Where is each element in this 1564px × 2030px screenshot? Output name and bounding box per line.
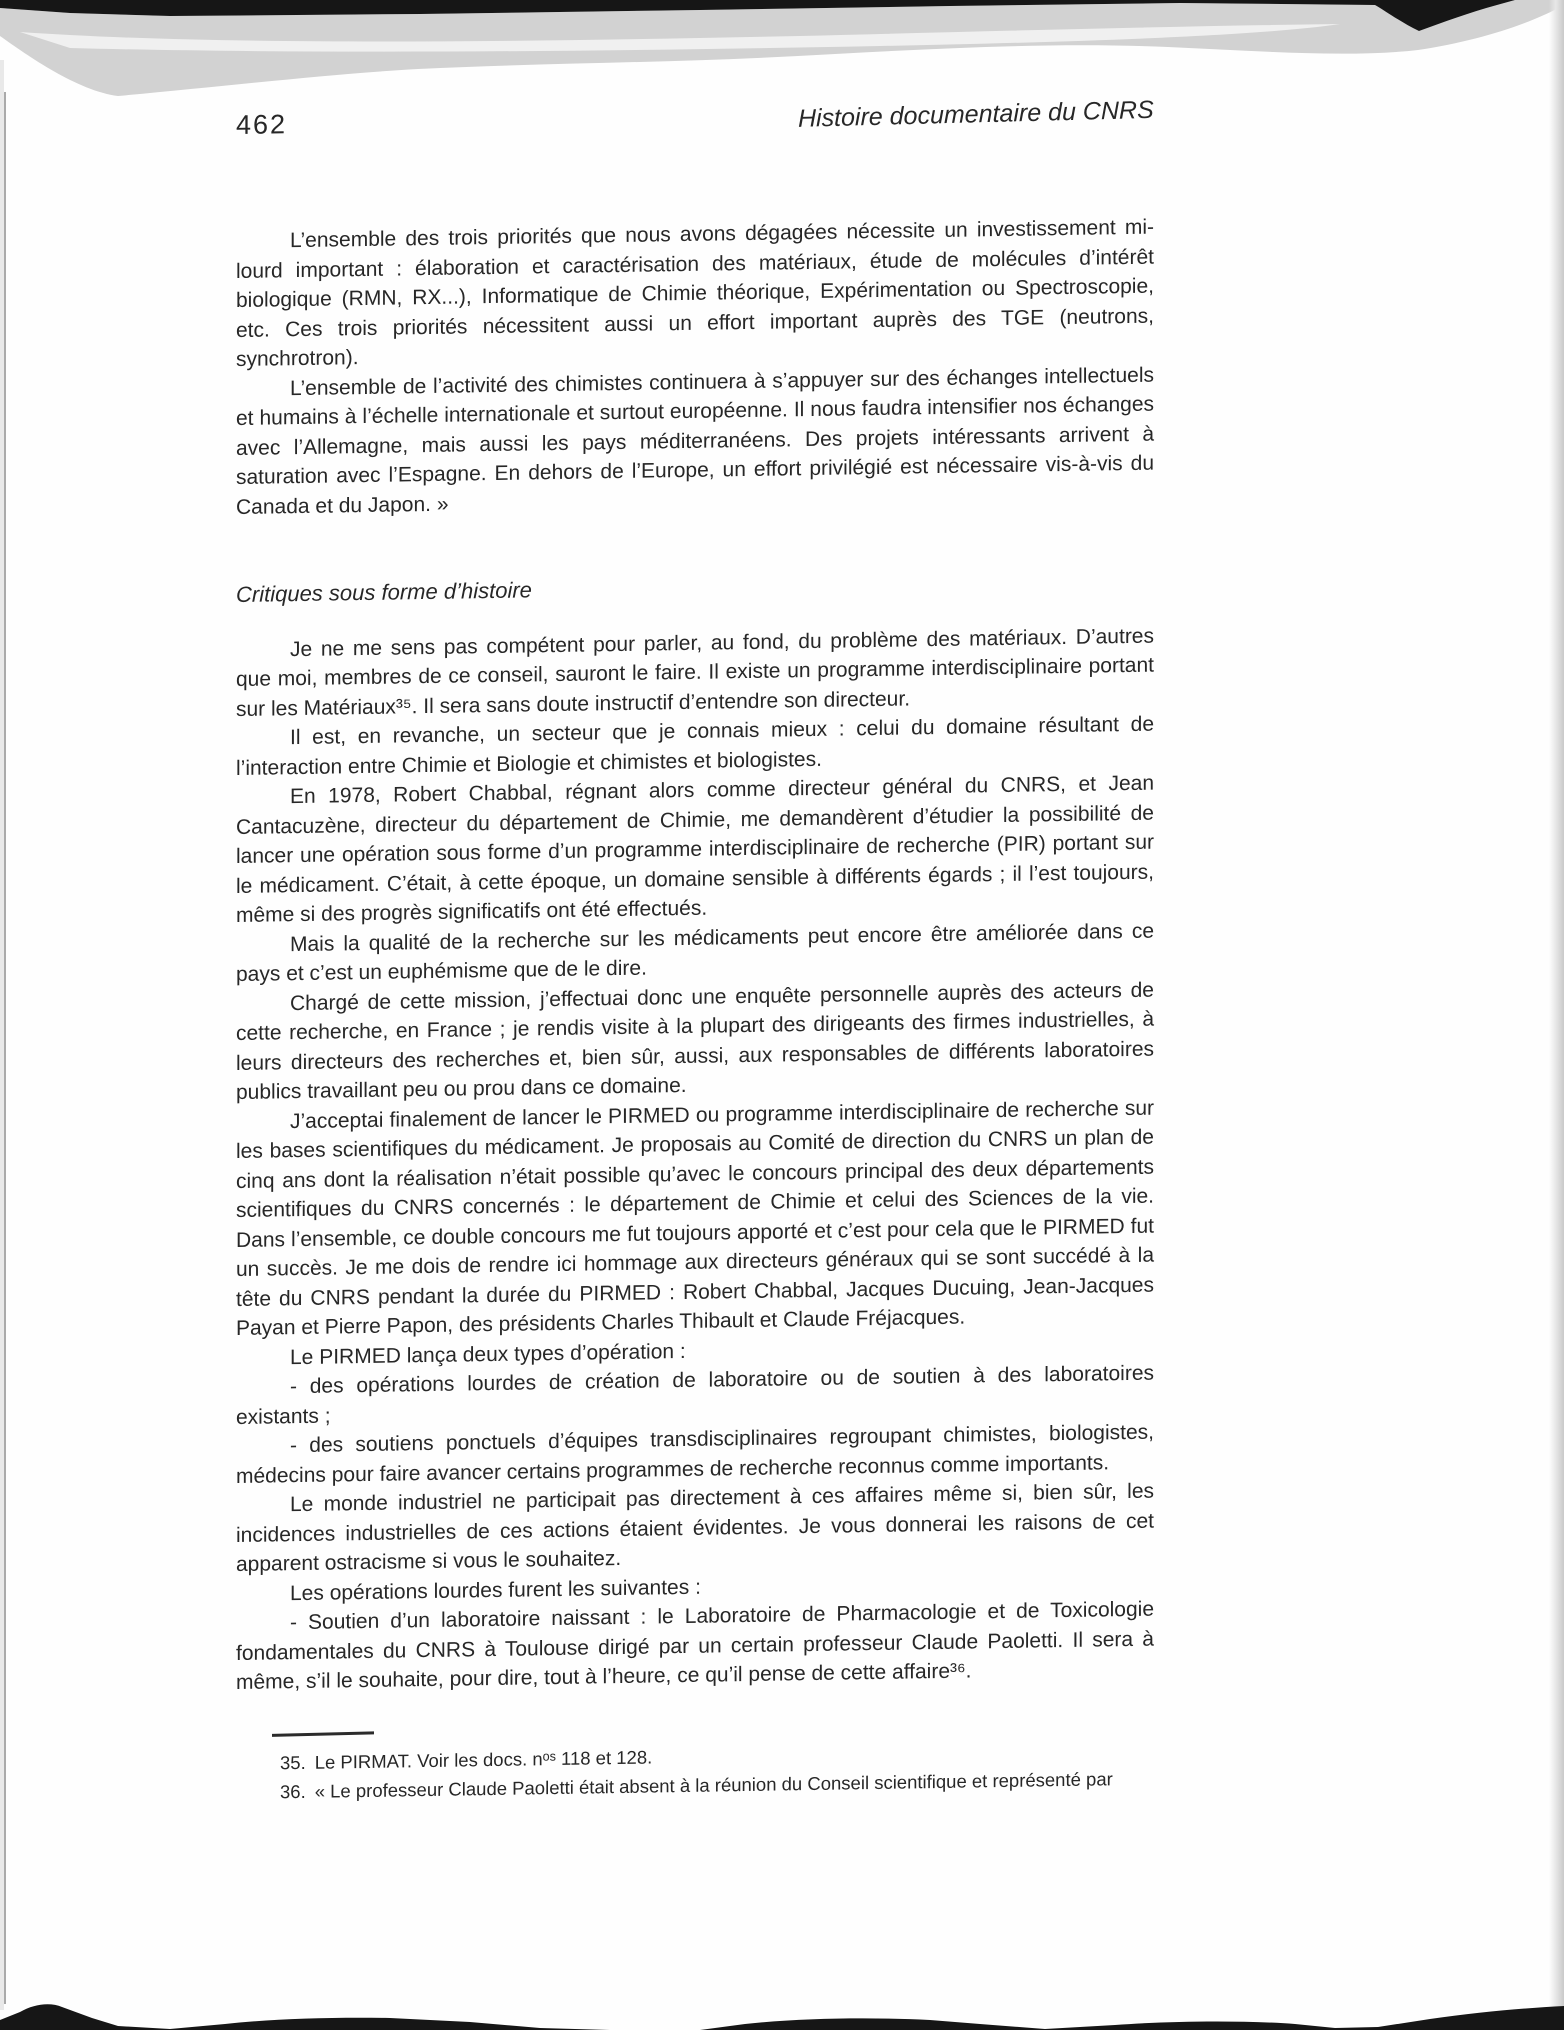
running-title: Histoire documentaire du CNRS (798, 96, 1154, 134)
paragraph: Le monde industriel ne participait pas d… (236, 1477, 1154, 1580)
footnote-list: 35.Le PIRMAT. Voir les docs. nᵒˢ 118 et … (236, 1734, 1154, 1806)
footnote-separator-rule (272, 1731, 374, 1736)
paragraph: J’acceptai finalement de lancer le PIRME… (236, 1093, 1154, 1343)
paragraph: Je ne me sens pas compétent pour parler,… (236, 621, 1154, 724)
page-content: 462 Histoire documentaire du CNRS L’ense… (236, 96, 1154, 1807)
scanned-book-page: 462 Histoire documentaire du CNRS L’ense… (0, 0, 1564, 2030)
footnotes: 35.Le PIRMAT. Voir les docs. nᵒˢ 118 et … (236, 1719, 1154, 1806)
scan-left-page-edge (4, 92, 6, 2004)
paragraph: L’ensemble des trois priorités que nous … (236, 213, 1154, 375)
body-text: L’ensemble des trois priorités que nous … (236, 213, 1154, 1698)
scan-bottom-edge-artifact (0, 1950, 1564, 2030)
footnote-number: 35. (280, 1751, 306, 1772)
scan-right-page-edge (1549, 0, 1564, 2012)
section-heading: Critiques sous forme d’histoire (236, 566, 1154, 610)
scan-top-edge-artifact (0, 0, 1564, 110)
paragraph: L’ensemble de l’activité des chimistes c… (236, 360, 1154, 522)
opening-paragraphs: L’ensemble des trois priorités que nous … (236, 213, 1154, 522)
paragraph: - Soutien d’un laboratoire naissant : le… (236, 1595, 1154, 1698)
section-paragraphs: Je ne me sens pas compétent pour parler,… (236, 621, 1154, 1697)
paragraph: Chargé de cette mission, j’effectuai don… (236, 975, 1154, 1107)
paragraph: En 1978, Robert Chabbal, régnant alors c… (236, 769, 1154, 931)
footnote-number: 36. (280, 1780, 306, 1801)
page-number: 462 (236, 109, 287, 141)
footnote-text: Le PIRMAT. Voir les docs. nᵒˢ 118 et 128… (315, 1746, 653, 1772)
